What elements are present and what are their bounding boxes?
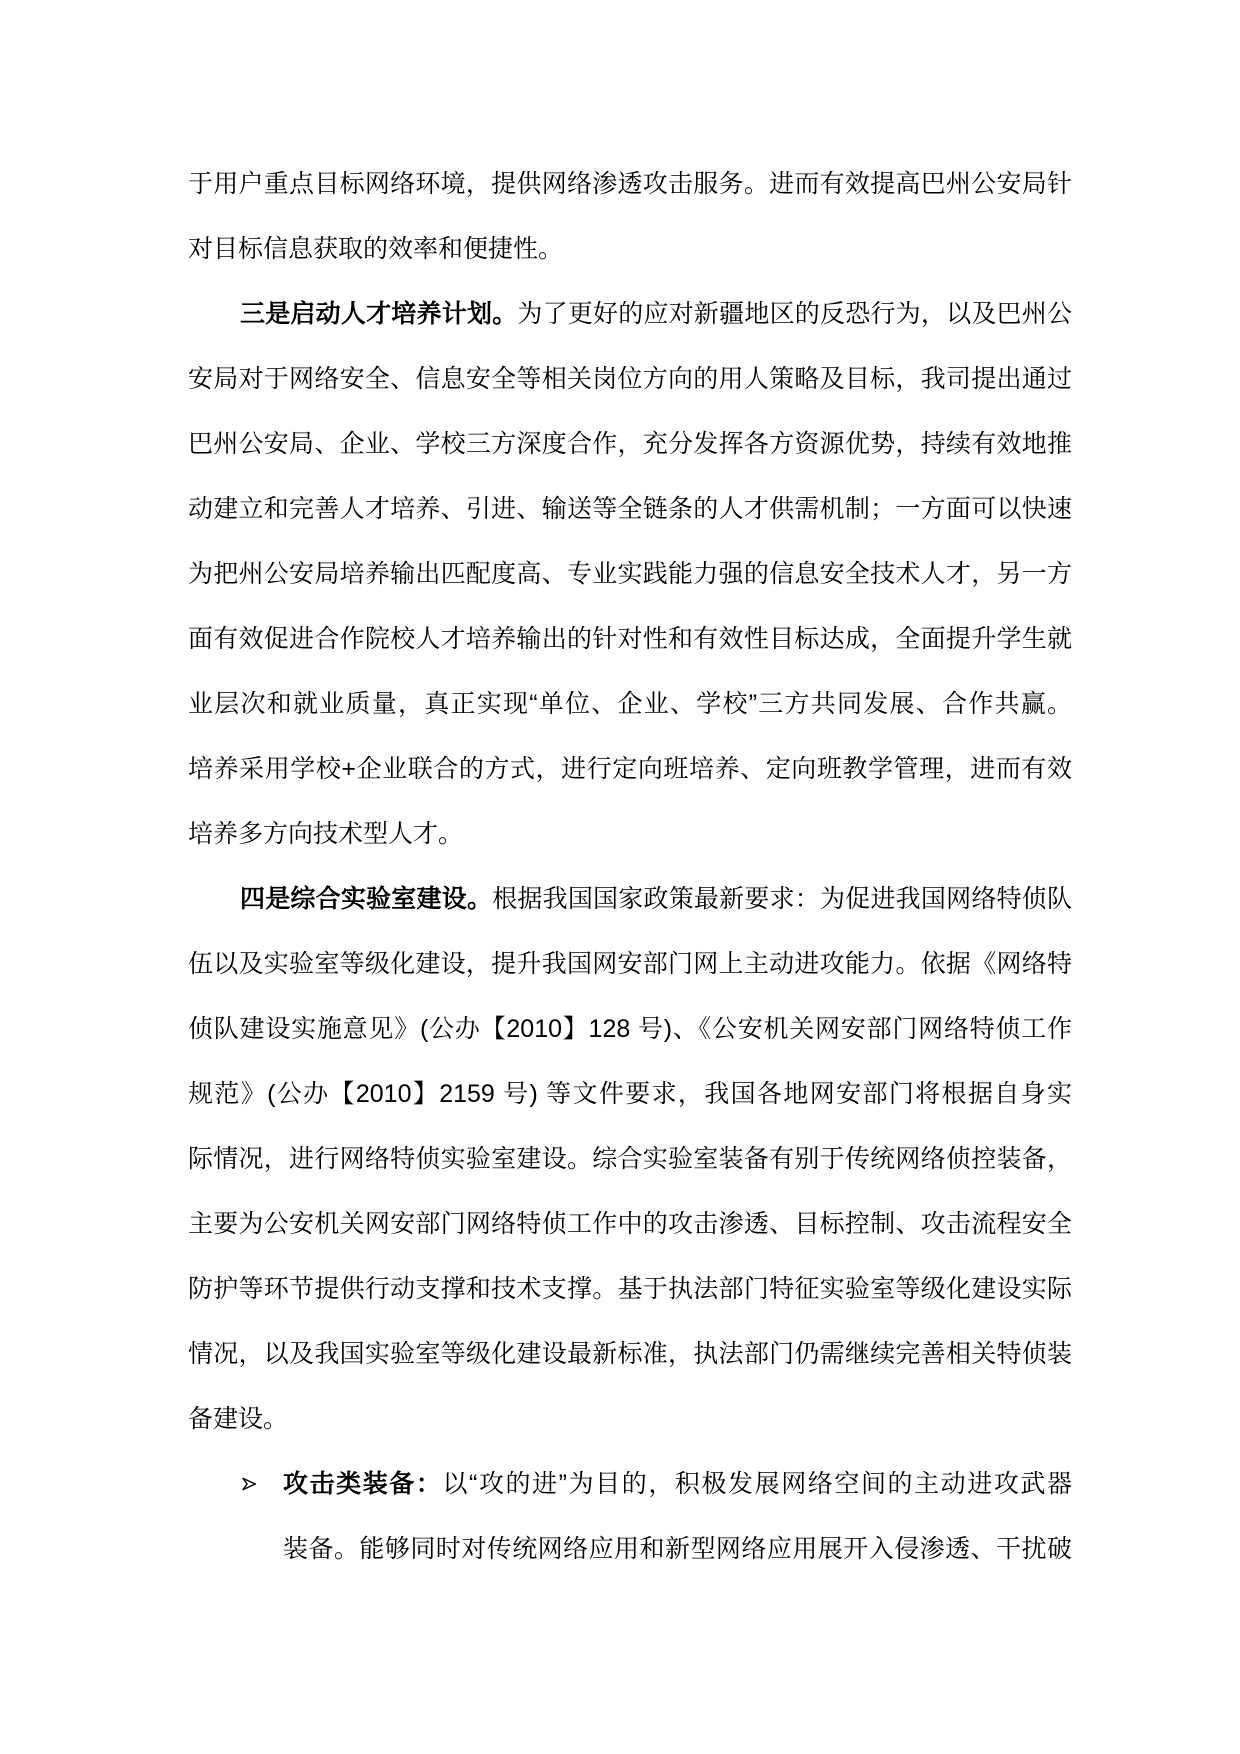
bold-heading-run: 四是综合实验室建设。 bbox=[240, 885, 492, 913]
text-run: 培养多方向技术型人才。 bbox=[188, 820, 463, 848]
text-run: 伍以及实验室等级化建设，提升我国网安部门网上主动进攻能力。依据《网络特 bbox=[188, 950, 1072, 978]
document-page: 于用户重点目标网络环境，提供网络渗透攻击服务。进而有效提高巴州公安局针对目标信息… bbox=[0, 0, 1240, 1754]
text-run: 面有效促进合作院校人才培养输出的针对性和有效性目标达成，全面提升学生就 bbox=[188, 625, 1072, 653]
text-line: 动建立和完善人才培养、引进、输送等全链条的人才供需机制；一方面可以快速 bbox=[188, 477, 1072, 542]
text-line: 际情况，进行网络特侦实验室建设。综合实验室装备有别于传统网络侦控装备， bbox=[188, 1127, 1072, 1192]
text-run: 业层次和就业质量，真正实现“单位、企业、学校”三方共同发展、合作共赢。 bbox=[188, 690, 1072, 718]
text-line: 情况，以及我国实验室等级化建设最新标准，执法部门仍需继续完善相关特侦装 bbox=[188, 1322, 1072, 1387]
text-run: 备建设。 bbox=[188, 1405, 288, 1433]
text-line: 巴州公安局、企业、学校三方深度合作，充分发挥各方资源优势，持续有效地推 bbox=[188, 412, 1072, 477]
text-run: 安局对于网络安全、信息安全等相关岗位方向的用人策略及目标，我司提出通过 bbox=[188, 365, 1072, 393]
text-line: 规范》(公办【2010】2159 号) 等文件要求，我国各地网安部门将根据自身实 bbox=[188, 1062, 1072, 1127]
text-run: 主要为公安机关网安部门网络特侦工作中的攻击渗透、目标控制、攻击流程安全 bbox=[188, 1210, 1072, 1238]
text-block: 于用户重点目标网络环境，提供网络渗透攻击服务。进而有效提高巴州公安局针对目标信息… bbox=[188, 152, 1072, 1582]
text-line: 主要为公安机关网安部门网络特侦工作中的攻击渗透、目标控制、攻击流程安全 bbox=[188, 1192, 1072, 1257]
text-run: 侦队建设实施意见》(公办【2010】128 号)、《公安机关网安部门网络特侦工作 bbox=[188, 1015, 1072, 1043]
text-line: 培养多方向技术型人才。 bbox=[188, 802, 1072, 867]
text-run: 防护等环节提供行动支撑和技术支撑。基于执法部门特征实验室等级化建设实际 bbox=[188, 1275, 1072, 1303]
text-line: 四是综合实验室建设。根据我国国家政策最新要求：为促进我国网络特侦队 bbox=[188, 867, 1072, 932]
text-line: 面有效促进合作院校人才培养输出的针对性和有效性目标达成，全面提升学生就 bbox=[188, 607, 1072, 672]
text-run: 情况，以及我国实验室等级化建设最新标准，执法部门仍需继续完善相关特侦装 bbox=[188, 1340, 1072, 1368]
text-run: 际情况，进行网络特侦实验室建设。综合实验室装备有别于传统网络侦控装备， bbox=[188, 1145, 1072, 1173]
text-run: 对目标信息获取的效率和便捷性。 bbox=[188, 235, 563, 263]
text-run: 以“攻的进”为目的，积极发展网络空间的主动进攻武器 bbox=[442, 1470, 1072, 1498]
text-run: 为把州公安局培养输出匹配度高、专业实践能力强的信息安全技术人才，另一方 bbox=[188, 560, 1072, 588]
text-line: 侦队建设实施意见》(公办【2010】128 号)、《公安机关网安部门网络特侦工作 bbox=[188, 997, 1072, 1062]
text-run: 培养采用学校+企业联合的方式，进行定向班培养、定向班教学管理，进而有效 bbox=[188, 755, 1072, 783]
text-line: 装备。能够同时对传统网络应用和新型网络应用展开入侵渗透、干扰破 bbox=[188, 1517, 1072, 1582]
text-line: 培养采用学校+企业联合的方式，进行定向班培养、定向班教学管理，进而有效 bbox=[188, 737, 1072, 802]
bullet-arrow-icon bbox=[240, 1475, 260, 1495]
text-line: 备建设。 bbox=[188, 1387, 1072, 1452]
text-line: 三是启动人才培养计划。为了更好的应对新疆地区的反恐行为，以及巴州公 bbox=[188, 282, 1072, 347]
text-run: 巴州公安局、企业、学校三方深度合作，充分发挥各方资源优势，持续有效地推 bbox=[188, 430, 1072, 458]
text-run: 装备。能够同时对传统网络应用和新型网络应用展开入侵渗透、干扰破 bbox=[283, 1535, 1072, 1563]
text-line: 伍以及实验室等级化建设，提升我国网安部门网上主动进攻能力。依据《网络特 bbox=[188, 932, 1072, 997]
text-line: 攻击类装备：以“攻的进”为目的，积极发展网络空间的主动进攻武器 bbox=[188, 1452, 1072, 1517]
text-run: 规范》(公办【2010】2159 号) 等文件要求，我国各地网安部门将根据自身实 bbox=[188, 1080, 1072, 1108]
text-line: 业层次和就业质量，真正实现“单位、企业、学校”三方共同发展、合作共赢。 bbox=[188, 672, 1072, 737]
text-run: 于用户重点目标网络环境，提供网络渗透攻击服务。进而有效提高巴州公安局针 bbox=[188, 170, 1072, 198]
text-line: 安局对于网络安全、信息安全等相关岗位方向的用人策略及目标，我司提出通过 bbox=[188, 347, 1072, 412]
text-run: 根据我国国家政策最新要求：为促进我国网络特侦队 bbox=[492, 885, 1072, 913]
bold-heading-run: 三是启动人才培养计划。 bbox=[240, 300, 517, 328]
text-run: 动建立和完善人才培养、引进、输送等全链条的人才供需机制；一方面可以快速 bbox=[188, 495, 1072, 523]
text-line: 防护等环节提供行动支撑和技术支撑。基于执法部门特征实验室等级化建设实际 bbox=[188, 1257, 1072, 1322]
bold-heading-run: 攻击类装备： bbox=[283, 1470, 442, 1498]
text-line: 于用户重点目标网络环境，提供网络渗透攻击服务。进而有效提高巴州公安局针 bbox=[188, 152, 1072, 217]
text-line: 对目标信息获取的效率和便捷性。 bbox=[188, 217, 1072, 282]
text-line: 为把州公安局培养输出匹配度高、专业实践能力强的信息安全技术人才，另一方 bbox=[188, 542, 1072, 607]
text-run: 为了更好的应对新疆地区的反恐行为，以及巴州公 bbox=[517, 300, 1072, 328]
